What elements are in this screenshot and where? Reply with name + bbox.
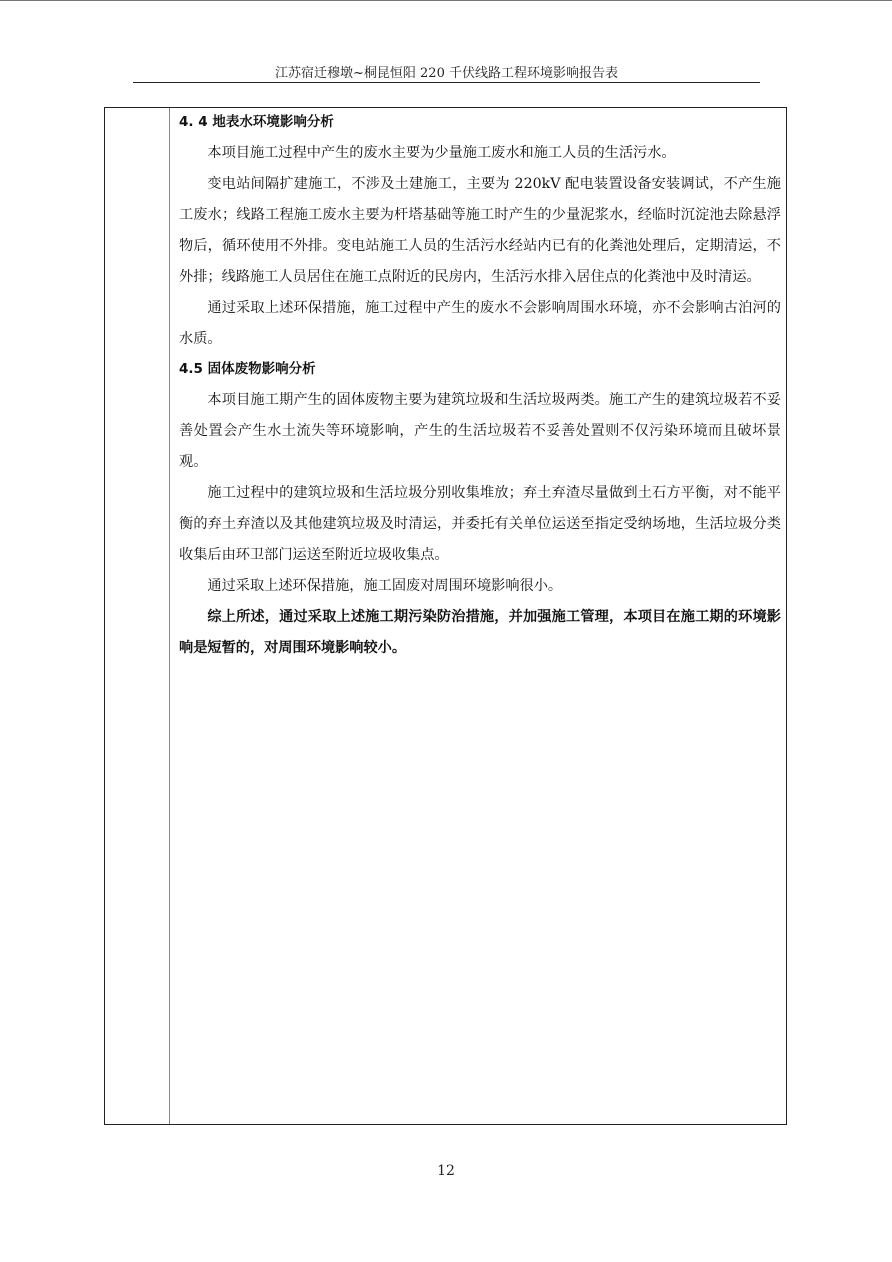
page-number: 12 [0, 1163, 892, 1179]
paragraph: 变电站间隔扩建施工，不涉及土建施工，主要为 220kV 配电装置设备安装调试，不… [179, 169, 781, 293]
table-left-cell [105, 108, 170, 1124]
paragraph: 本项目施工期产生的固体废物主要为建筑垃圾和生活垃圾两类。施工产生的建筑垃圾若不妥… [179, 385, 781, 478]
paragraph: 通过采取上述环保措施，施工过程中产生的废水不会影响周围水环境，亦不会影响古泊河的… [179, 293, 781, 355]
table-content-cell: 4. 4 地表水环境影响分析 本项目施工过程中产生的废水主要为少量施工废水和施工… [179, 108, 781, 664]
section-heading-4-4: 4. 4 地表水环境影响分析 [179, 107, 781, 138]
paragraph: 本项目施工过程中产生的废水主要为少量施工废水和施工人员的生活污水。 [179, 138, 781, 169]
page-header-title: 江苏宿迁穆墩~桐昆恒阳 220 千伏线路工程环境影响报告表 [133, 62, 760, 81]
paragraph: 通过采取上述环保措施，施工固废对周围环境影响很小。 [179, 571, 781, 602]
header-rule [133, 82, 760, 83]
report-table: 4. 4 地表水环境影响分析 本项目施工过程中产生的废水主要为少量施工废水和施工… [104, 107, 787, 1125]
paragraph: 施工过程中的建筑垃圾和生活垃圾分别收集堆放；弃土弃渣尽量做到土石方平衡，对不能平… [179, 478, 781, 571]
section-heading-4-5: 4.5 固体废物影响分析 [179, 354, 781, 385]
conclusion-paragraph: 综上所述，通过采取上述施工期污染防治措施，并加强施工管理，本项目在施工期的环境影… [179, 602, 781, 664]
page-top-border [0, 0, 892, 1]
